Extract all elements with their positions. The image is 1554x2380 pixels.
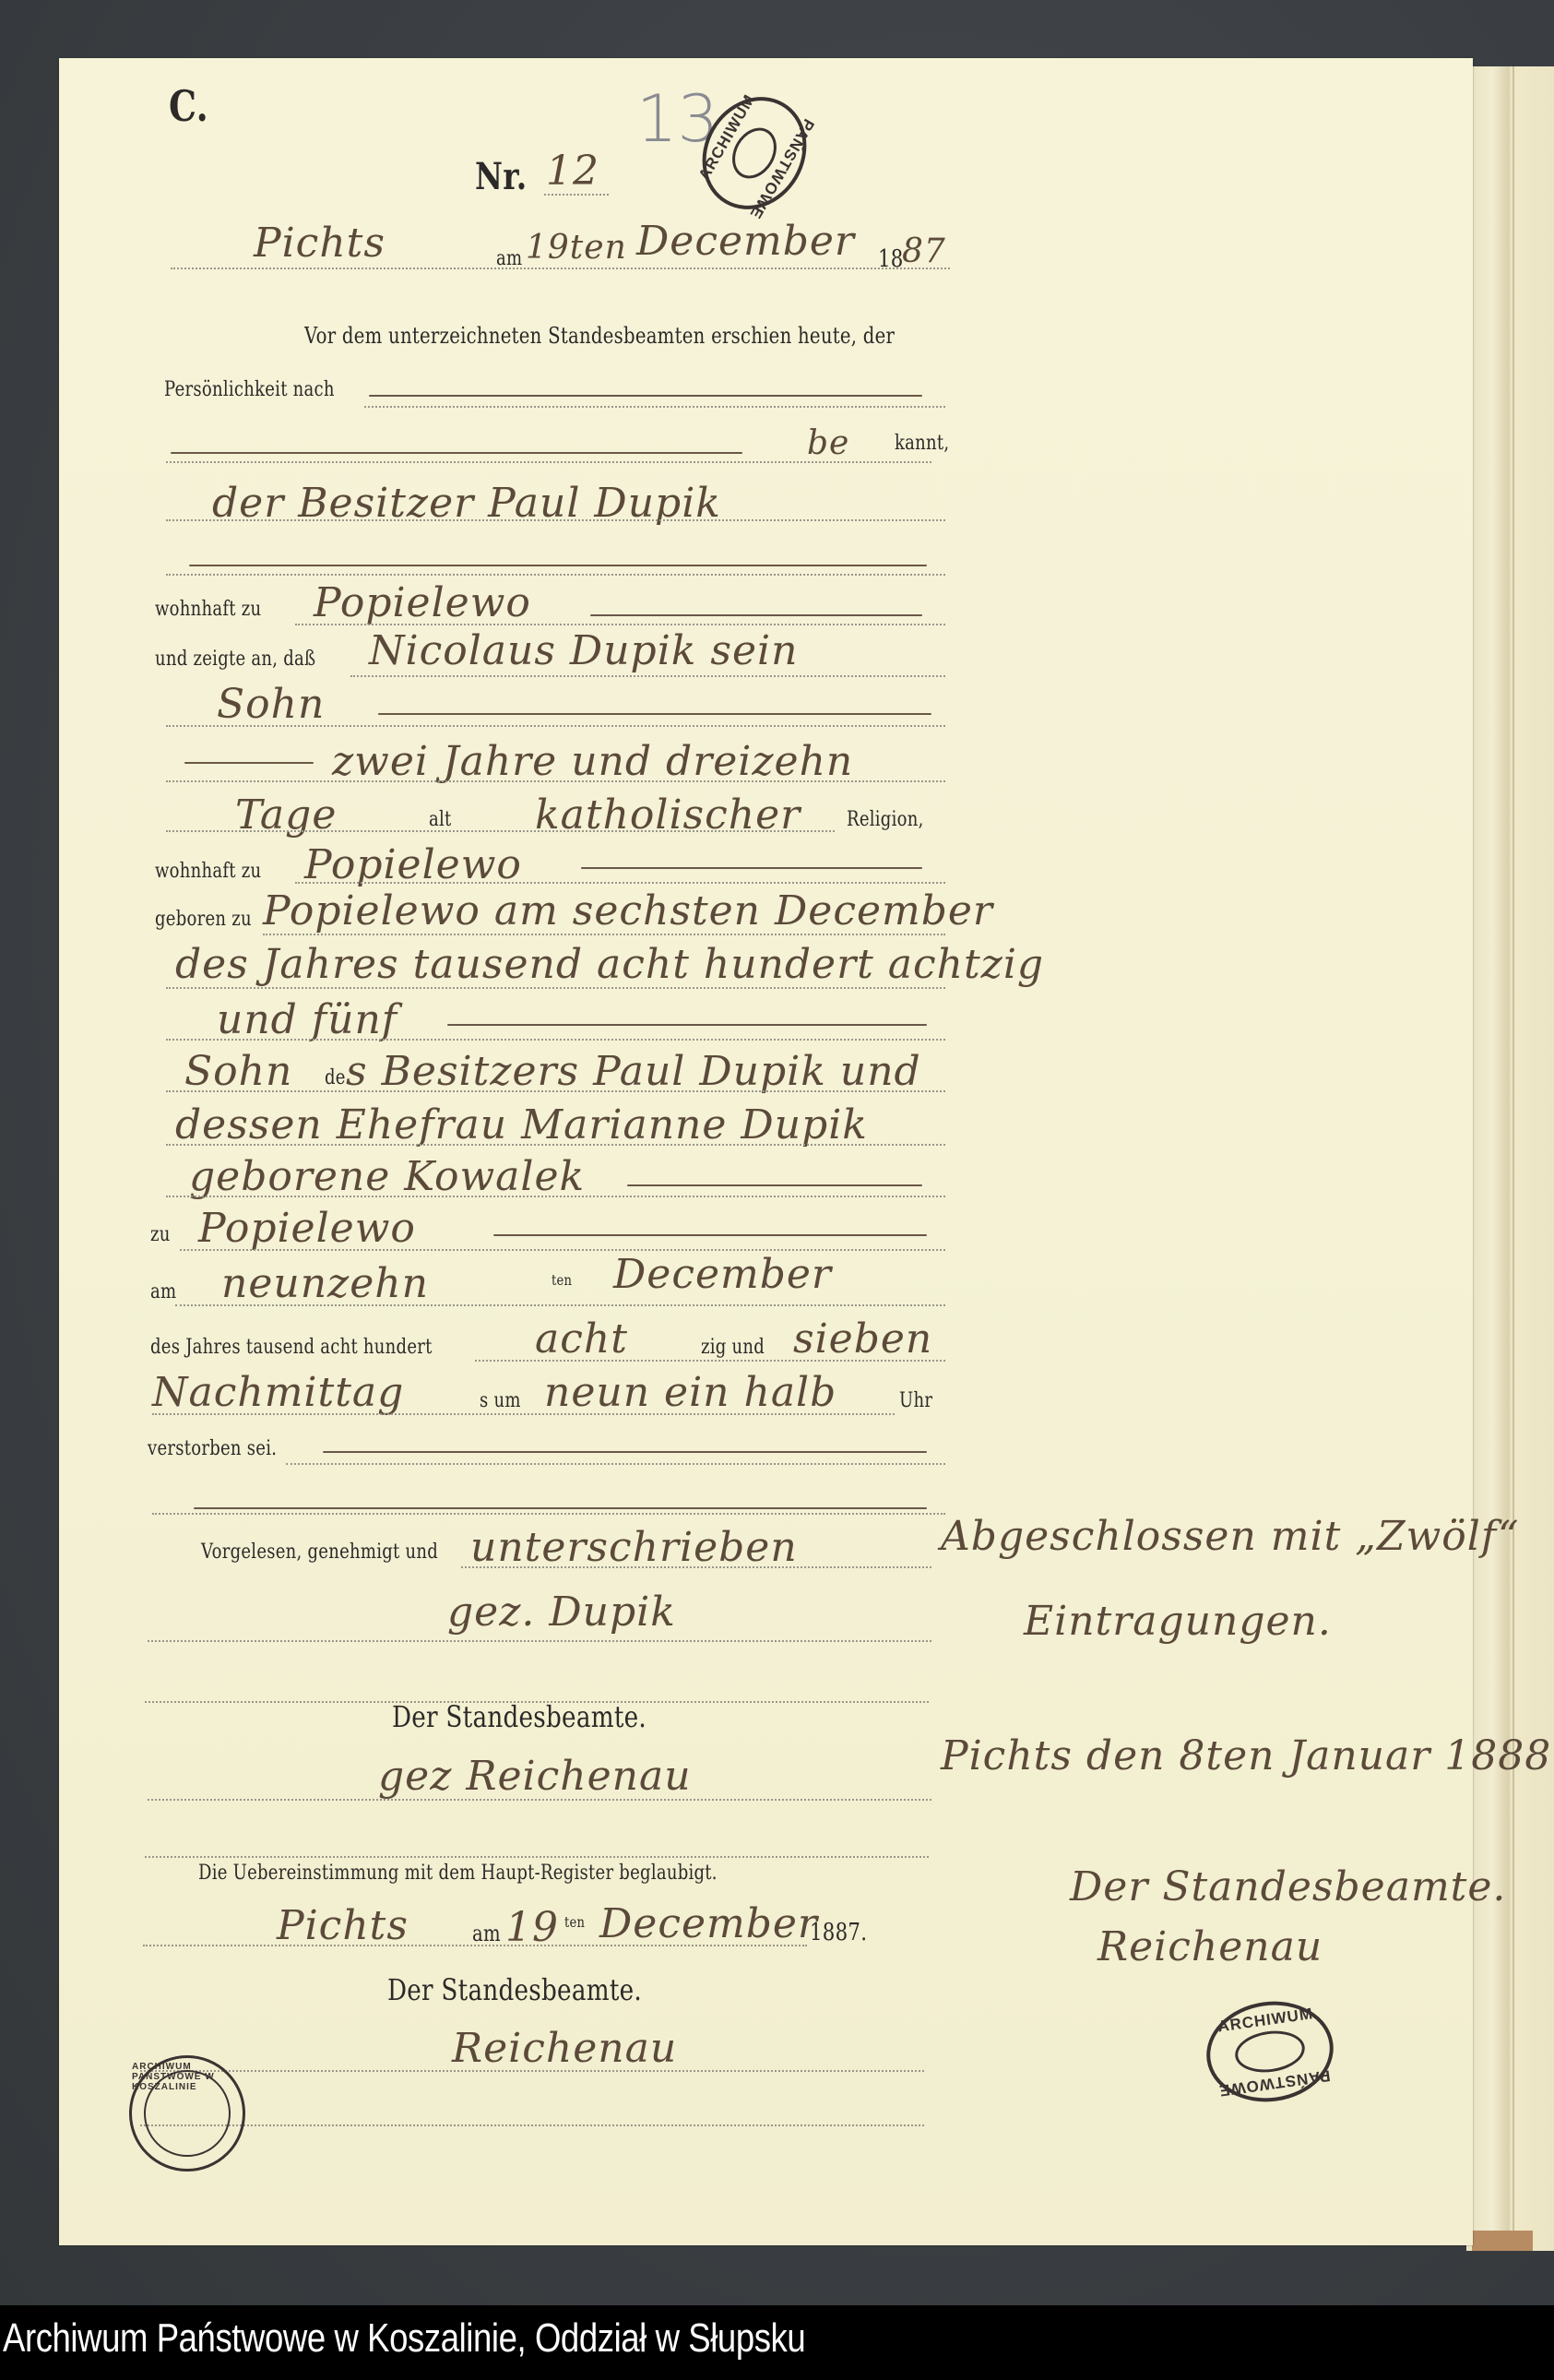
blank-stroke	[493, 1234, 927, 1236]
dotline	[166, 780, 945, 782]
date-dotline	[171, 268, 950, 269]
relation-handwritten: Sohn	[217, 681, 325, 728]
blank-stroke	[171, 452, 742, 454]
cert-am-label: am	[472, 1921, 501, 1946]
uhr-label: Uhr	[899, 1389, 932, 1412]
personality-label: Persönlichkeit nach	[164, 378, 335, 401]
margin-note-line2: Eintragungen.	[1024, 1598, 1332, 1645]
cert-place-handwritten: Pichts	[277, 1902, 409, 1949]
year-suffix: 87	[902, 232, 946, 270]
read-value-handwritten: unterschrieben	[470, 1524, 798, 1571]
dotline	[166, 1144, 945, 1146]
blank-stroke	[378, 713, 931, 715]
death-s-um-label: s um	[480, 1389, 521, 1412]
death-zig-label: zig und	[701, 1336, 765, 1359]
dotline	[166, 830, 835, 832]
day-handwritten: 19ten	[526, 229, 627, 267]
dotline	[350, 675, 945, 677]
blank-stroke	[184, 762, 314, 764]
dotline	[166, 574, 945, 576]
death-am-label: am	[150, 1280, 176, 1303]
parent-de-label: de	[325, 1066, 346, 1089]
mother-maiden-handwritten: geborene Kowalek	[189, 1153, 585, 1200]
blank-stroke	[194, 1507, 927, 1509]
death-place-handwritten: Popielewo	[198, 1205, 416, 1252]
dotline	[166, 519, 945, 521]
blank-stroke	[590, 614, 922, 616]
margin-note-line4: Der Standesbeamte.	[1070, 1863, 1506, 1910]
margin-note-line3: Pichts den 8ten Januar 1888.	[941, 1732, 1554, 1779]
deceased-handwritten: Nicolaus Dupik sein	[369, 627, 798, 674]
death-daytime-handwritten: Nachmittag	[152, 1369, 404, 1416]
official-title: Der Standesbeamte.	[392, 1699, 647, 1734]
death-month-handwritten: December	[613, 1251, 832, 1298]
dotline	[148, 1799, 931, 1801]
death-place-label: zu	[150, 1223, 171, 1246]
death-day-handwritten: neunzehn	[221, 1260, 429, 1307]
death-ten-label: ten	[552, 1271, 572, 1289]
dotline	[166, 987, 945, 989]
deceased-residence-label: wohnhaft zu	[155, 860, 261, 883]
blank-stroke	[627, 1184, 922, 1186]
month-handwritten: December	[636, 218, 855, 265]
known-label: kannt,	[895, 432, 949, 455]
blank-stroke	[581, 867, 922, 869]
number-dotline	[544, 194, 609, 196]
dotline	[152, 1413, 895, 1415]
cert-month-handwritten: December	[599, 1900, 818, 1947]
dotline	[152, 1513, 945, 1515]
dotline	[263, 934, 945, 935]
dotline	[166, 1090, 945, 1092]
death-time-handwritten: neun ein halb	[544, 1369, 836, 1416]
blank-stroke	[447, 1024, 927, 1026]
intro-text: Vor dem unterzeichneten Standesbeamten e…	[304, 323, 895, 349]
death-year-label: des Jahres tausend acht hundert	[150, 1336, 433, 1359]
margin-note-line5: Reichenau	[1097, 1923, 1323, 1970]
father-handwritten: s Besitzers Paul Dupik und	[346, 1048, 921, 1095]
cert-year: 1887.	[810, 1919, 867, 1946]
known-handwritten: be	[807, 424, 849, 462]
blank-stroke	[369, 395, 922, 397]
religion-label: Religion,	[847, 808, 924, 831]
certification-text: Die Uebereinstimmung mit dem Haupt-Regis…	[198, 1862, 718, 1885]
section-letter: C.	[169, 81, 208, 131]
dotline	[145, 1856, 929, 1858]
signature-informant: gez. Dupik	[447, 1589, 676, 1636]
born-line3-handwritten: und fünf	[217, 996, 397, 1043]
born-line1-handwritten: Popielewo am sechsten December	[263, 887, 993, 934]
dotline	[286, 1463, 945, 1465]
born-line2-handwritten: des Jahres tausend acht hundert achtzig	[175, 941, 1044, 988]
dotline	[475, 1360, 945, 1362]
dotline	[143, 1945, 807, 1946]
residence-handwritten: Popielewo	[314, 579, 531, 626]
reported-label: und zeigte an, daß	[155, 648, 315, 671]
blank-stroke	[189, 565, 927, 566]
dotline	[364, 406, 945, 408]
dotline	[166, 725, 945, 727]
archive-caption: Archiwum Państwowe w Koszalinie, Oddział…	[3, 2315, 805, 2362]
dotline	[175, 1304, 945, 1306]
next-page-edge	[1466, 66, 1554, 2251]
alt-label: alt	[429, 808, 452, 831]
place-handwritten: Pichts	[254, 220, 386, 267]
dotline	[140, 2124, 924, 2126]
official-signature: gez Reichenau	[378, 1753, 692, 1800]
cert-official-title: Der Standesbeamte.	[387, 1972, 642, 2007]
dotline	[295, 882, 945, 884]
dotline	[148, 1640, 931, 1642]
blank-stroke	[323, 1451, 927, 1453]
page-edge-line	[1512, 66, 1514, 2243]
dotline	[140, 2070, 924, 2072]
margin-note-line1: Abgeschlossen mit „Zwölf“	[941, 1513, 1519, 1560]
cert-ten-label: ten	[564, 1913, 585, 1931]
dotline	[461, 1566, 931, 1568]
dotline	[166, 1039, 945, 1041]
cert-official-signature: Reichenau	[452, 2025, 677, 2072]
mother-handwritten: dessen Ehefrau Marianne Dupik	[175, 1101, 868, 1148]
stamp-text-bottom-left: ARCHIWUM PAŃSTWOWE W KOSZALINIE	[132, 2062, 243, 2092]
dotline	[295, 624, 945, 625]
age-handwritten: zwei Jahre und dreizehn	[332, 738, 853, 785]
death-year-unit-handwritten: sieben	[793, 1315, 932, 1363]
parent-prefix-handwritten: Sohn	[184, 1048, 292, 1095]
number-value: 12	[546, 148, 599, 195]
born-label: geboren zu	[155, 908, 252, 931]
number-label: Nr.	[475, 155, 527, 198]
death-year-decade-handwritten: acht	[535, 1315, 628, 1363]
read-label: Vorgelesen, genehmigt und	[201, 1541, 438, 1564]
archive-stamp-bottom-left: ARCHIWUM PAŃSTWOWE W KOSZALINIE	[129, 2055, 245, 2172]
residence-label: wohnhaft zu	[155, 598, 261, 621]
deceased-label: verstorben sei.	[148, 1437, 277, 1460]
dotline	[166, 1196, 945, 1197]
binding-corner	[1472, 2231, 1533, 2251]
